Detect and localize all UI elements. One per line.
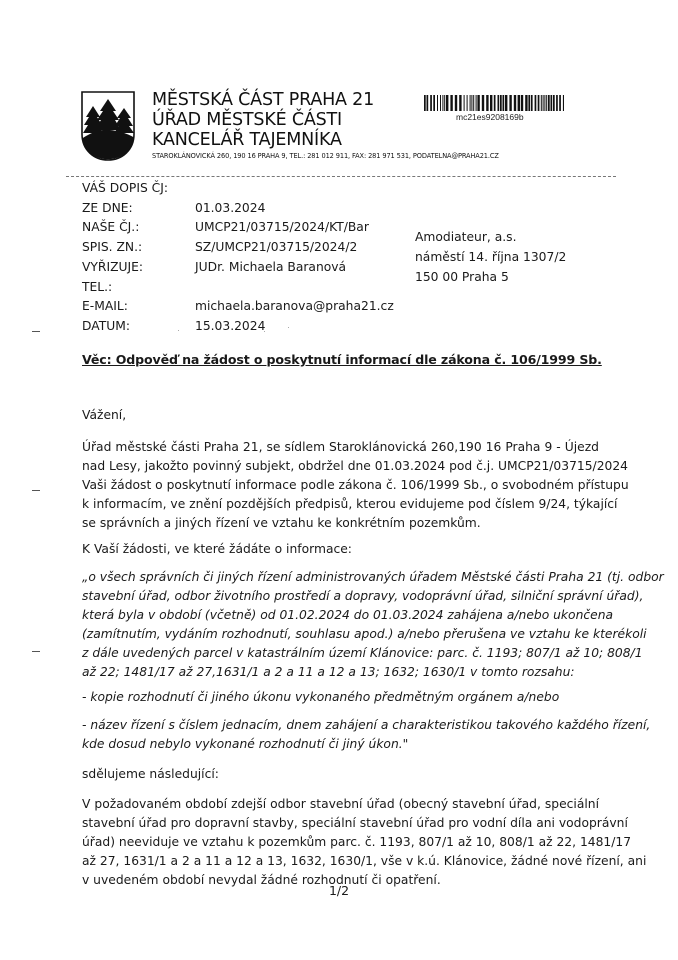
fold-mark [32,651,40,652]
recipient-city: 150 00 Praha 5 [415,270,509,284]
response-intro: sdělujeme následující: [82,765,599,784]
coat-of-arms-icon [80,90,136,162]
text-line: nad Lesy, jakožto povinný subjekt, obdrž… [82,457,599,476]
meta-value: JUDr. Michaela Baranová [195,260,346,274]
salutation: Vážení, [82,406,599,425]
text-line: se správních a jiných řízení ve vztahu k… [82,514,599,533]
text-line: která byla v období (včetně) od 01.02.20… [82,606,599,625]
meta-label: NAŠE ČJ.: [82,220,139,234]
fold-mark [32,490,40,491]
text-line: - název řízení s číslem jednacím, dnem z… [82,716,599,735]
meta-label: ZE DNE: [82,201,133,215]
text-line: úřad) neeviduje ve vztahu k pozemkům par… [82,833,599,852]
barcode-icon [424,95,564,111]
subject-line: Věc: Odpověď na žádost o poskytnutí info… [82,352,602,367]
meta-label: SPIS. ZN.: [82,240,142,254]
text-line: V požadovaném období zdejší odbor staveb… [82,795,599,814]
header-divider [66,176,616,177]
page-number: 1/2 [0,883,678,898]
text-line: stavební úřad, odbor životního prostředí… [82,587,599,606]
org-address: STAROKLÁNOVICKÁ 260, 190 16 PRAHA 9, TEL… [152,152,499,160]
request-bullet-2: - název řízení s číslem jednacím, dnem z… [82,716,599,754]
quoted-request: „o všech správních či jiných řízení admi… [82,568,599,682]
meta-value: 01.03.2024 [195,201,265,215]
meta-label: TEL.: [82,280,112,294]
text-line: z dále uvedených parcel v katastrálním ú… [82,644,599,663]
text-line: Úřad městské části Praha 21, se sídlem S… [82,438,599,457]
text-line: (zamítnutím, vydáním rozhodnutí, souhlas… [82,625,599,644]
meta-value[interactable]: michaela.baranova@praha21.cz [195,299,394,313]
meta-value: SZ/UMCP21/03715/2024/2 [195,240,357,254]
paragraph-response: V požadovaném období zdejší odbor staveb… [82,795,599,890]
text-line: Vaši žádost o poskytnutí informace podle… [82,476,599,495]
paragraph-intro: Úřad městské části Praha 21, se sídlem S… [82,438,599,533]
recipient-street: náměstí 14. října 1307/2 [415,250,566,264]
request-bullet-1: - kopie rozhodnutí či jiného úkonu vykon… [82,688,599,707]
text-line: až 27, 1631/1 a 2 a 11 a 12 a 13, 1632, … [82,852,599,871]
meta-label: E-MAIL: [82,299,128,313]
text-line: kde dosud nebylo vykonané rozhodnutí či … [82,735,599,754]
meta-label: VYŘIZUJE: [82,260,143,274]
recipient-name: Amodiateur, a.s. [415,230,517,244]
office-name: ÚŘAD MĚSTSKÉ ČÁSTI [152,110,342,130]
text-line: stavební úřad pro dopravní stavby, speci… [82,814,599,833]
meta-label: VÁŠ DOPIS ČJ: [82,181,168,195]
text-line: „o všech správních či jiných řízení admi… [82,568,599,587]
meta-value: 15.03.2024 [195,319,265,333]
org-name: MĚSTSKÁ ČÁST PRAHA 21 [152,90,374,110]
text-line: k informacím, ve znění pozdějších předpi… [82,495,599,514]
meta-value: UMCP21/03715/2024/KT/Bar [195,220,369,234]
meta-label: DATUM: [82,319,130,333]
text-line: až 22; 1481/17 až 27,1631/1 a 2 a 11 a 1… [82,663,599,682]
barcode-text: mc21es9208169b [456,112,524,122]
department-name: KANCELÁŘ TAJEMNÍKA [152,130,342,150]
request-intro: K Vaší žádosti, ve které žádáte o inform… [82,540,599,559]
fold-mark [32,331,40,332]
